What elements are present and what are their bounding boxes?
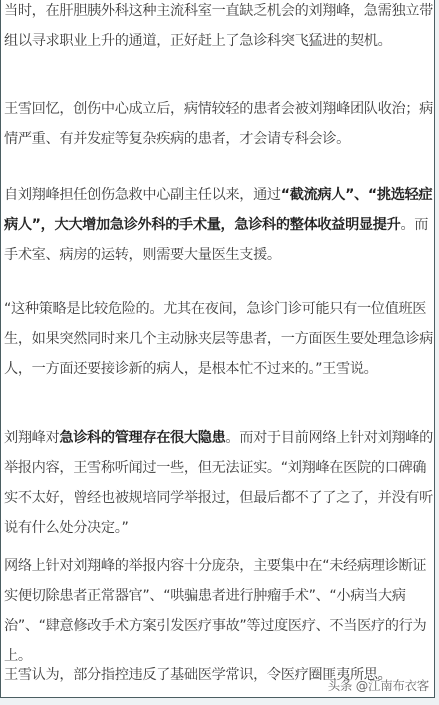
bold-text: 急诊科的管理存在很大隐患 [59, 430, 225, 446]
paragraph-6: 网络上针对刘翔峰的举报内容十分庞杂，主要集中在“未经病理诊断证实便切除患者正常器… [4, 551, 434, 671]
source-watermark: 头条 @江南布衣客 [328, 676, 429, 694]
text-segment: 自刘翔峰担任创伤急救中心副主任以来，通过 [4, 187, 281, 203]
text-segment: 刘翔峰对 [4, 430, 59, 446]
paragraph-4: “这种策略是比较危险的。尤其在夜间，急诊门诊可能只有一位值班医生，如果突然同时来… [4, 294, 434, 384]
text-segment: 王雪回忆，创伤中心成立后，病情较轻的患者会被刘翔峰团队收治；病情严重、有并发症等… [4, 101, 433, 147]
paragraph-3: 自刘翔峰担任创伤急救中心副主任以来，通过“截流病人”、“挑选轻症病人”，大大增加… [4, 180, 434, 270]
paragraph-1: 当时，在肝胆胰外科这种主流科室一直缺乏机会的刘翔峰，急需独立带组以寻求职业上升的… [4, 0, 434, 56]
paragraph-5: 刘翔峰对急诊科的管理存在很大隐患。而对于目前网络上针对刘翔峰的举报内容，王雪称听… [4, 423, 434, 543]
text-segment: “这种策略是比较危险的。尤其在夜间，急诊门诊可能只有一位值班医生，如果突然同时来… [4, 301, 433, 377]
article-frame: 当时，在肝胆胰外科这种主流科室一直缺乏机会的刘翔峰，急需独立带组以寻求职业上升的… [0, 0, 435, 698]
text-segment: 当时，在肝胆胰外科这种主流科室一直缺乏机会的刘翔峰，急需独立带组以寻求职业上升的… [4, 3, 433, 49]
paragraph-2: 王雪回忆，创伤中心成立后，病情较轻的患者会被刘翔峰团队收治；病情严重、有并发症等… [4, 94, 434, 154]
text-segment: 网络上针对刘翔峰的举报内容十分庞杂，主要集中在“未经病理诊断证实便切除患者正常器… [4, 558, 426, 664]
